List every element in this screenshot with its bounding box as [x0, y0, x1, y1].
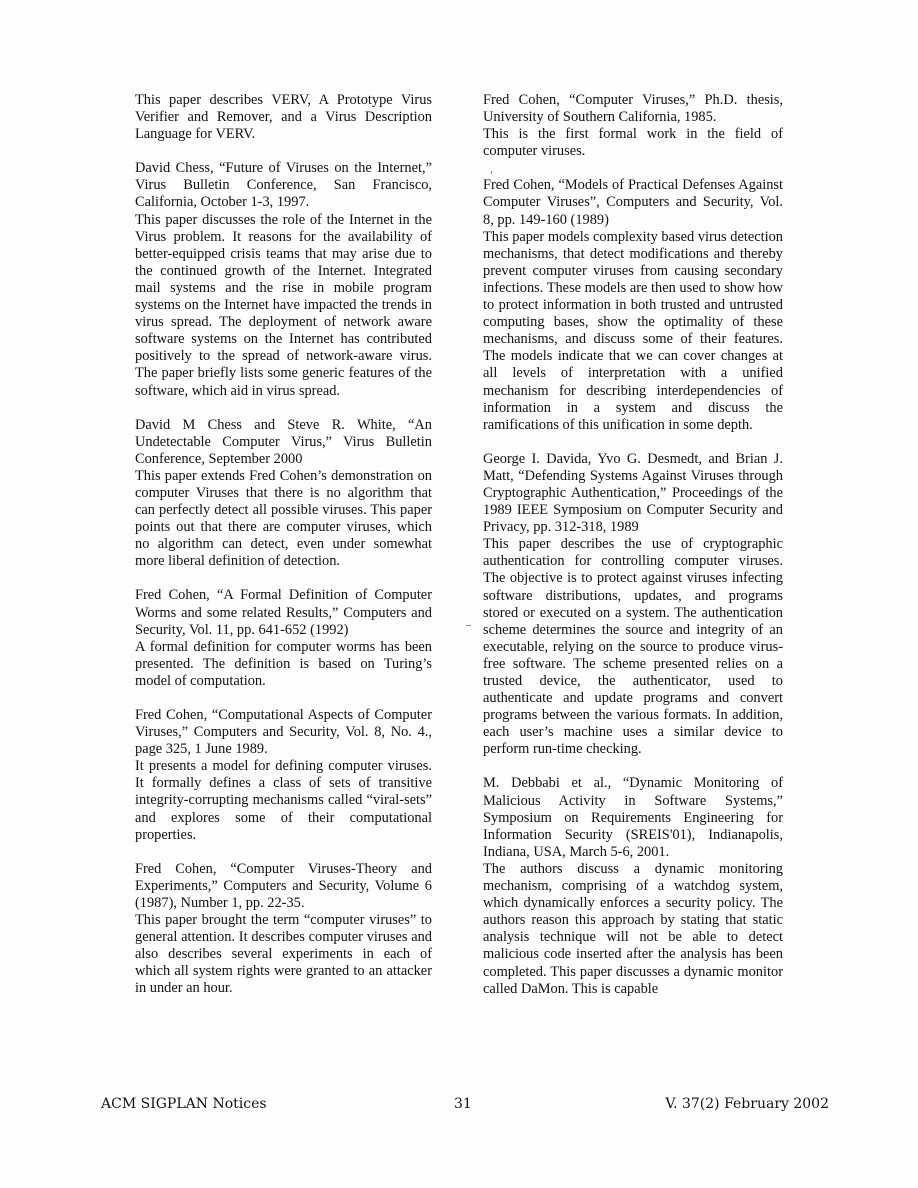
entry-annotation: This paper describes VERV, A Prototype V… [135, 92, 432, 143]
entry-annotation: This paper discusses the role of the Int… [135, 212, 432, 400]
entry-citation: Fred Cohen, “A Formal Definition of Comp… [135, 587, 432, 638]
bibliography-entry: David M Chess and Steve R. White, “An Un… [135, 417, 432, 571]
scan-artifact [491, 171, 492, 174]
left-column: This paper describes VERV, A Prototype V… [135, 92, 432, 1015]
entry-annotation: This paper models complexity based virus… [483, 229, 783, 434]
entry-citation: M. Debbabi et al., “Dynamic Monitoring o… [483, 775, 783, 860]
entry-citation: David Chess, “Future of Viruses on the I… [135, 160, 432, 211]
scan-artifact [466, 625, 471, 626]
bibliography-entry: David Chess, “Future of Viruses on the I… [135, 160, 432, 399]
page-footer: ACM SIGPLAN Notices 31 V. 37(2) February… [101, 1096, 829, 1116]
entry-annotation: The authors discuss a dynamic monitoring… [483, 861, 783, 998]
bibliography-entry: Fred Cohen, “Computer Viruses,” Ph.D. th… [483, 92, 783, 160]
entry-citation: Fred Cohen, “Computational Aspects of Co… [135, 707, 432, 758]
entry-annotation: This paper brought the term “computer vi… [135, 912, 432, 997]
right-column: Fred Cohen, “Computer Viruses,” Ph.D. th… [483, 92, 783, 1015]
entry-annotation: This paper extends Fred Cohen’s demonstr… [135, 468, 432, 571]
entry-citation: David M Chess and Steve R. White, “An Un… [135, 417, 432, 468]
entry-annotation: It presents a model for defining compute… [135, 758, 432, 843]
entry-citation: Fred Cohen, “Computer Viruses-Theory and… [135, 861, 432, 912]
footer-journal-name: ACM SIGPLAN Notices [101, 1096, 267, 1112]
entry-citation: Fred Cohen, “Computer Viruses,” Ph.D. th… [483, 92, 783, 126]
bibliography-entry: Fred Cohen, “Models of Practical Defense… [483, 177, 783, 433]
footer-page-number: 31 [454, 1096, 472, 1112]
entry-citation: George I. Davida, Yvo G. Desmedt, and Br… [483, 451, 783, 536]
bibliography-entry: George I. Davida, Yvo G. Desmedt, and Br… [483, 451, 783, 759]
entry-citation: Fred Cohen, “Models of Practical Defense… [483, 177, 783, 228]
entry-annotation: This paper describes the use of cryptogr… [483, 536, 783, 758]
entry-annotation: This is the first formal work in the fie… [483, 126, 783, 160]
entry-annotation: A formal definition for computer worms h… [135, 639, 432, 690]
bibliography-entry: Fred Cohen, “Computational Aspects of Co… [135, 707, 432, 844]
bibliography-entry: M. Debbabi et al., “Dynamic Monitoring o… [483, 775, 783, 997]
footer-issue: V. 37(2) February 2002 [665, 1096, 829, 1112]
bibliography-entry: This paper describes VERV, A Prototype V… [135, 92, 432, 143]
journal-page: This paper describes VERV, A Prototype V… [0, 0, 918, 1188]
bibliography-entry: Fred Cohen, “Computer Viruses-Theory and… [135, 861, 432, 998]
bibliography-entry: Fred Cohen, “A Formal Definition of Comp… [135, 587, 432, 690]
